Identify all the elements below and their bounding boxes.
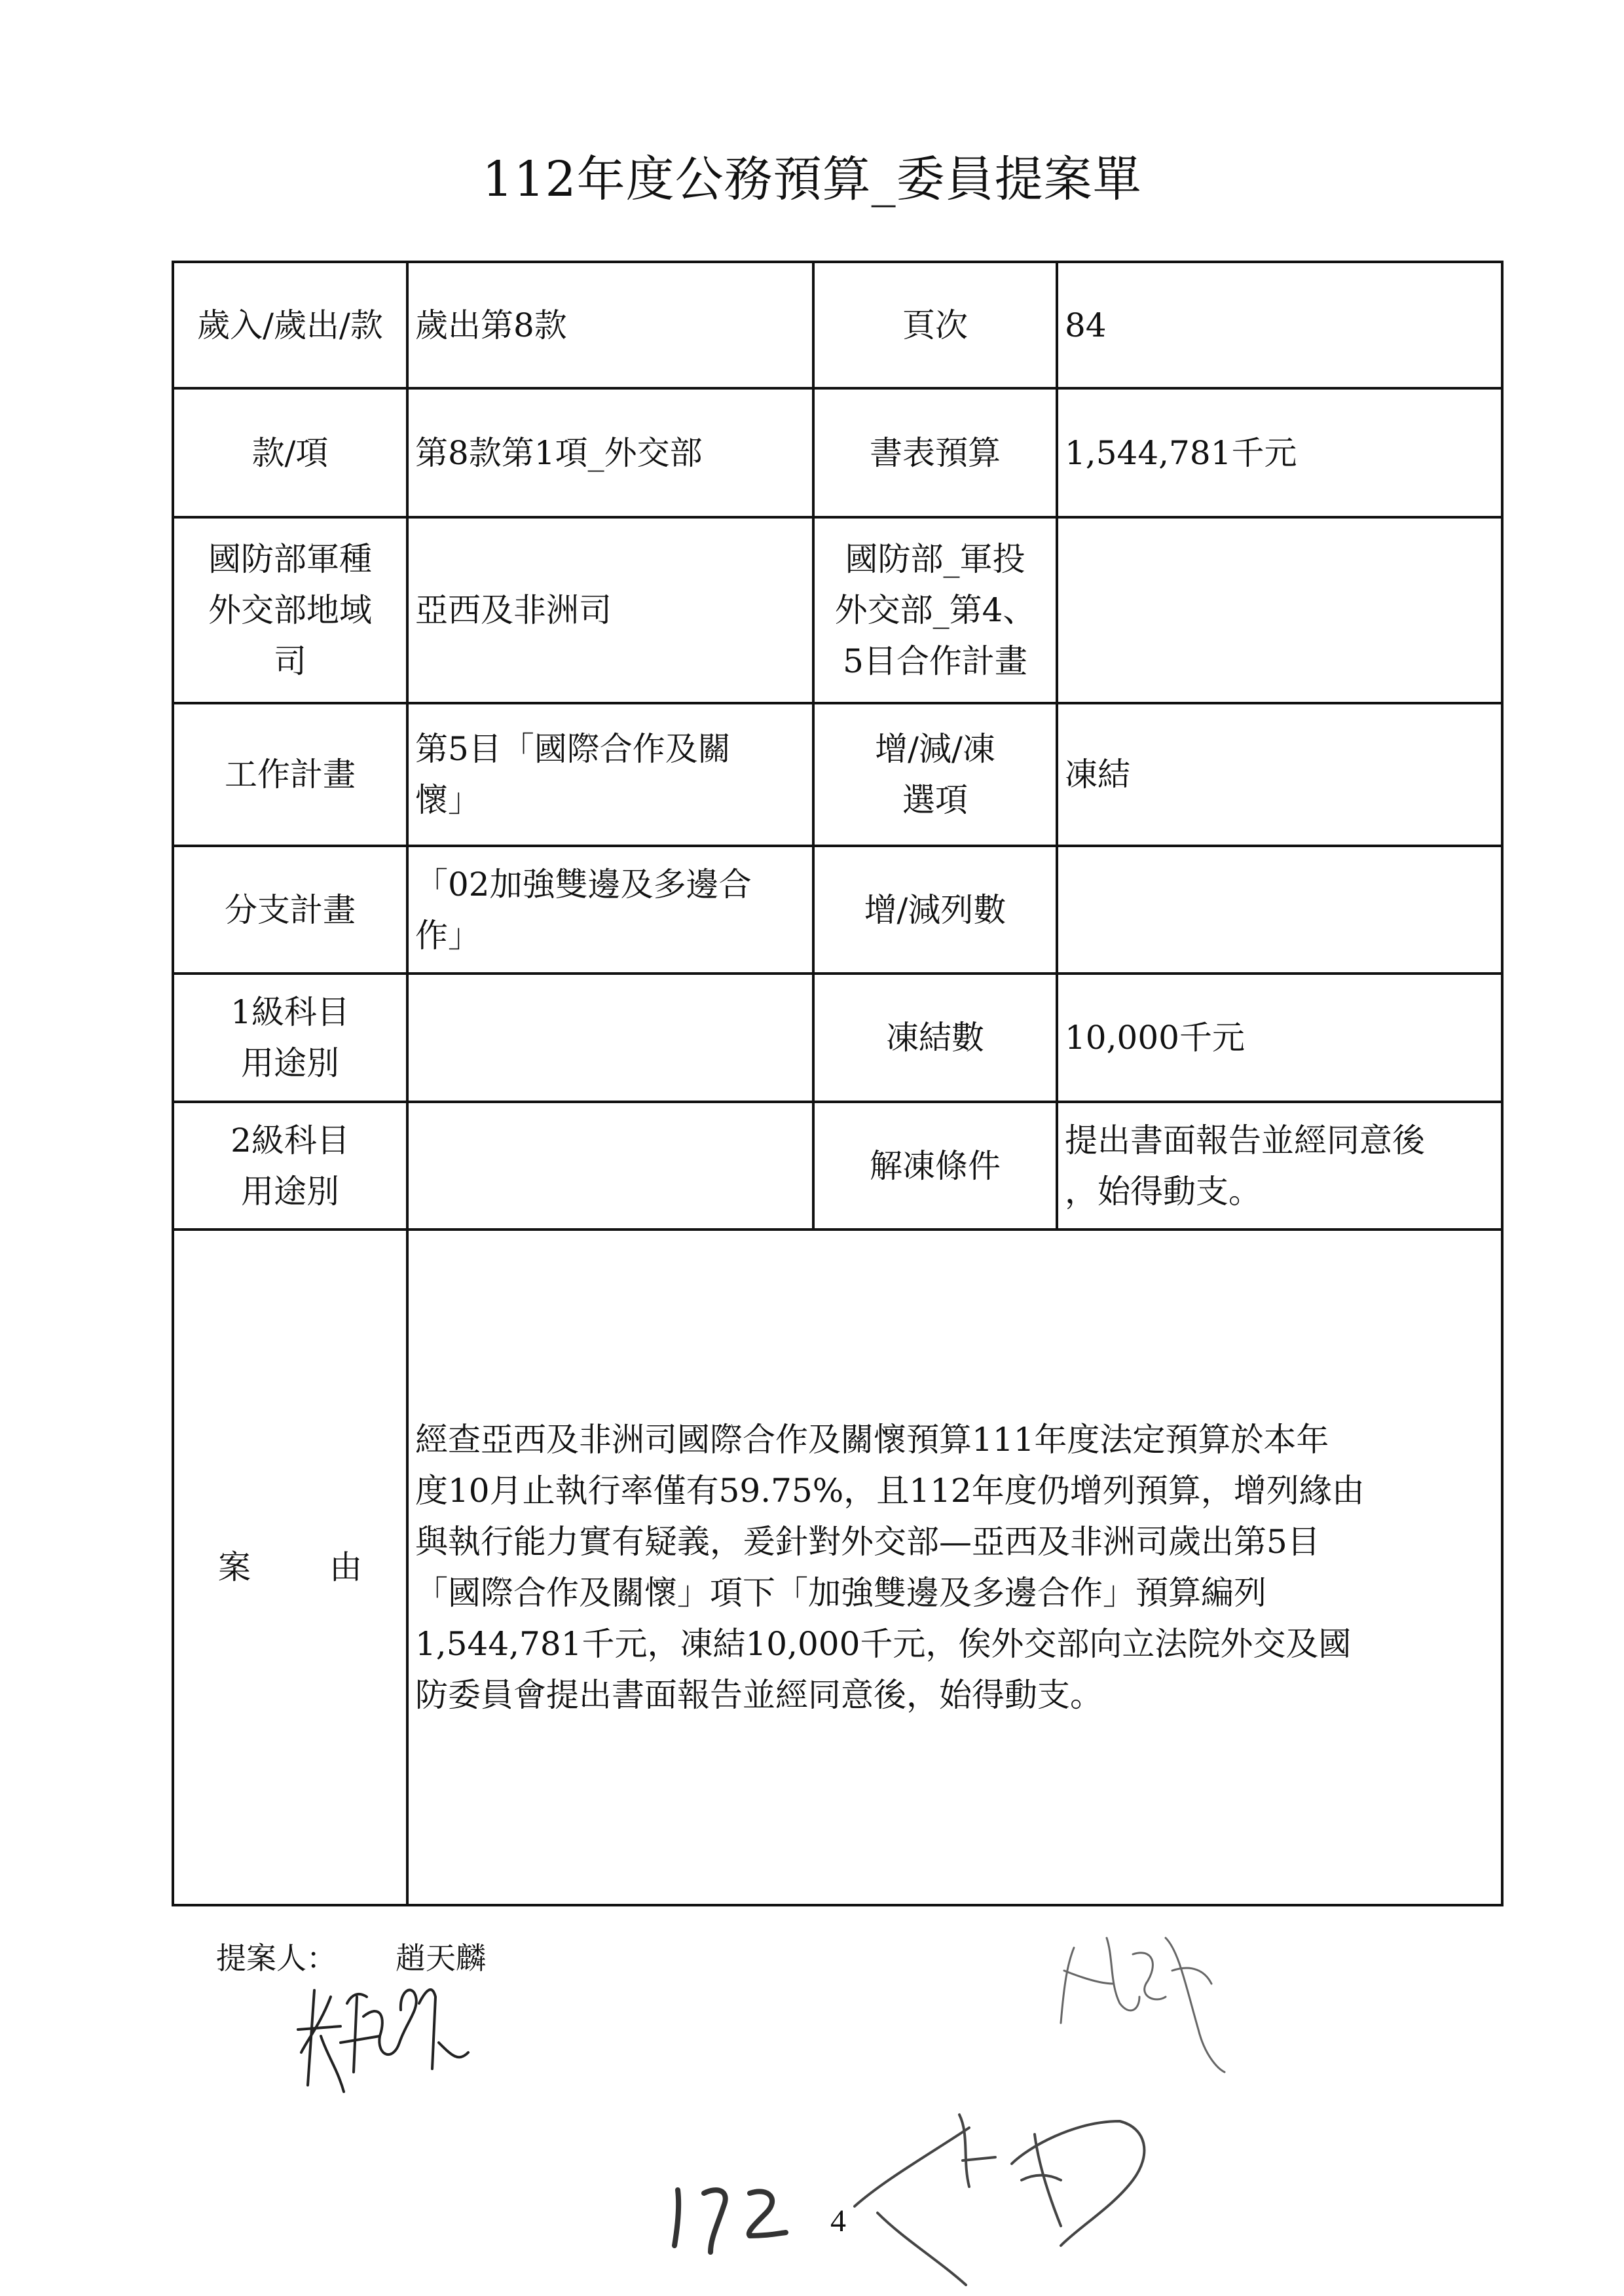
signature-1 xyxy=(298,1990,468,2092)
signature-2 xyxy=(1061,1938,1225,2072)
page-number: 4 xyxy=(830,2203,846,2239)
handwritten-signatures xyxy=(0,0,1624,2296)
handwritten-number xyxy=(674,2190,786,2252)
signature-3 xyxy=(855,2115,1144,2285)
